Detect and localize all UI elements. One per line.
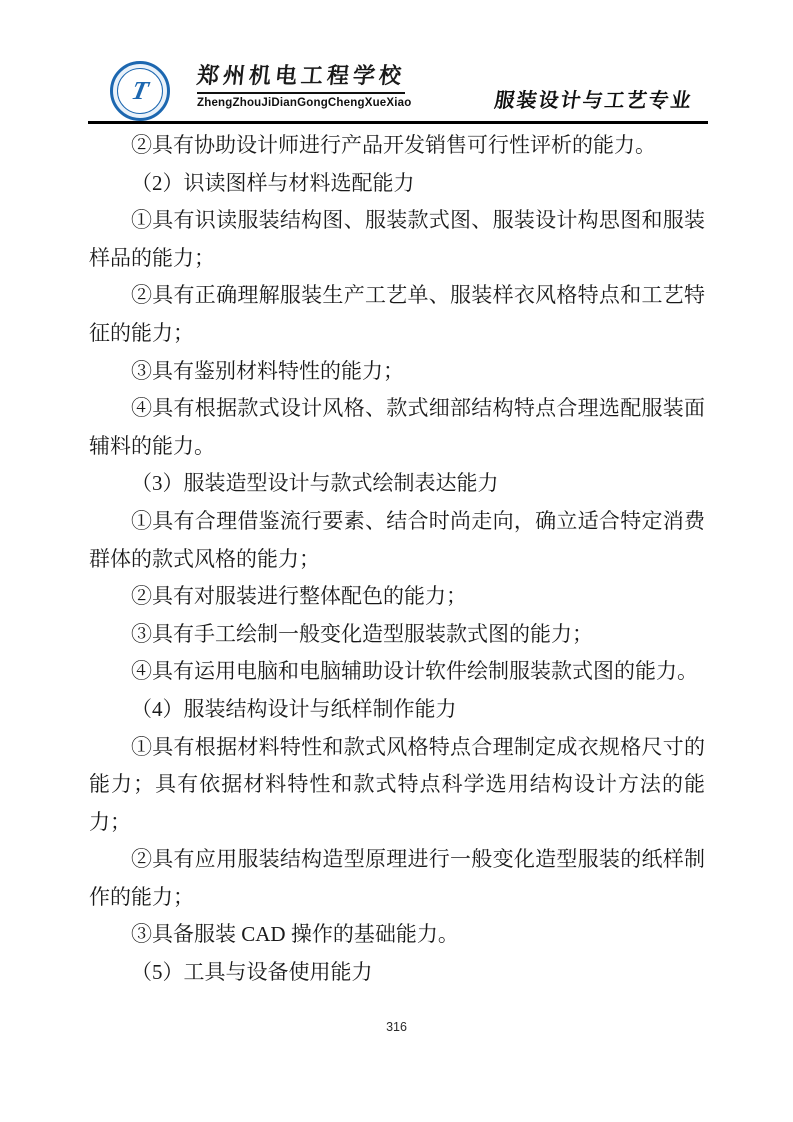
document-body: ②具有协助设计师进行产品开发销售可行性评析的能力。 （2）识读图样与材料选配能力…	[89, 127, 705, 992]
paragraph: ④具有运用电脑和电脑辅助设计软件绘制服装款式图的能力。	[89, 653, 705, 691]
paragraph: ②具有正确理解服装生产工艺单、服装样衣风格特点和工艺特征的能力；	[89, 277, 705, 352]
header-divider-line	[88, 121, 708, 124]
school-name-lockup: 郑州机电工程学校 ZhengZhouJiDianGongChengXueXiao	[197, 62, 457, 109]
paragraph: ②具有对服装进行整体配色的能力；	[89, 578, 705, 616]
logo-emblem-icon: T	[129, 78, 150, 104]
paragraph: ④具有根据款式设计风格、款式细部结构特点合理选配服装面辅料的能力。	[89, 390, 705, 465]
paragraph: （5）工具与设备使用能力	[89, 954, 705, 992]
page-header: T 郑州机电工程学校 ZhengZhouJiDianGongChengXueXi…	[0, 0, 793, 125]
paragraph: ③具有鉴别材料特性的能力；	[89, 353, 705, 391]
school-logo: T	[110, 61, 170, 121]
school-name-pinyin: ZhengZhouJiDianGongChengXueXiao	[197, 97, 457, 109]
logo-inner-circle: T	[117, 68, 163, 114]
school-name: 郑州机电工程学校	[196, 62, 459, 90]
paragraph: （3）服装造型设计与款式绘制表达能力	[89, 465, 705, 503]
paragraph: ②具有协助设计师进行产品开发销售可行性评析的能力。	[89, 127, 705, 165]
paragraph: ③具备服装 CAD 操作的基础能力。	[89, 916, 705, 954]
paragraph: ①具有合理借鉴流行要素、结合时尚走向，确立适合特定消费群体的款式风格的能力；	[89, 503, 705, 578]
major-title: 服装设计与工艺专业	[493, 84, 695, 113]
paragraph: ②具有应用服装结构造型原理进行一般变化造型服装的纸样制作的能力；	[89, 841, 705, 916]
paragraph: ①具有根据材料特性和款式风格特点合理制定成衣规格尺寸的能力；具有依据材料特性和款…	[89, 729, 705, 842]
page-number: 316	[0, 1020, 793, 1034]
document-page: T 郑州机电工程学校 ZhengZhouJiDianGongChengXueXi…	[0, 0, 793, 1122]
paragraph: ③具有手工绘制一般变化造型服装款式图的能力；	[89, 616, 705, 654]
paragraph: （2）识读图样与材料选配能力	[89, 165, 705, 203]
paragraph: （4）服装结构设计与纸样制作能力	[89, 691, 705, 729]
paragraph: ①具有识读服装结构图、服装款式图、服装设计构思图和服装样品的能力；	[89, 202, 705, 277]
school-name-underline	[197, 92, 405, 94]
